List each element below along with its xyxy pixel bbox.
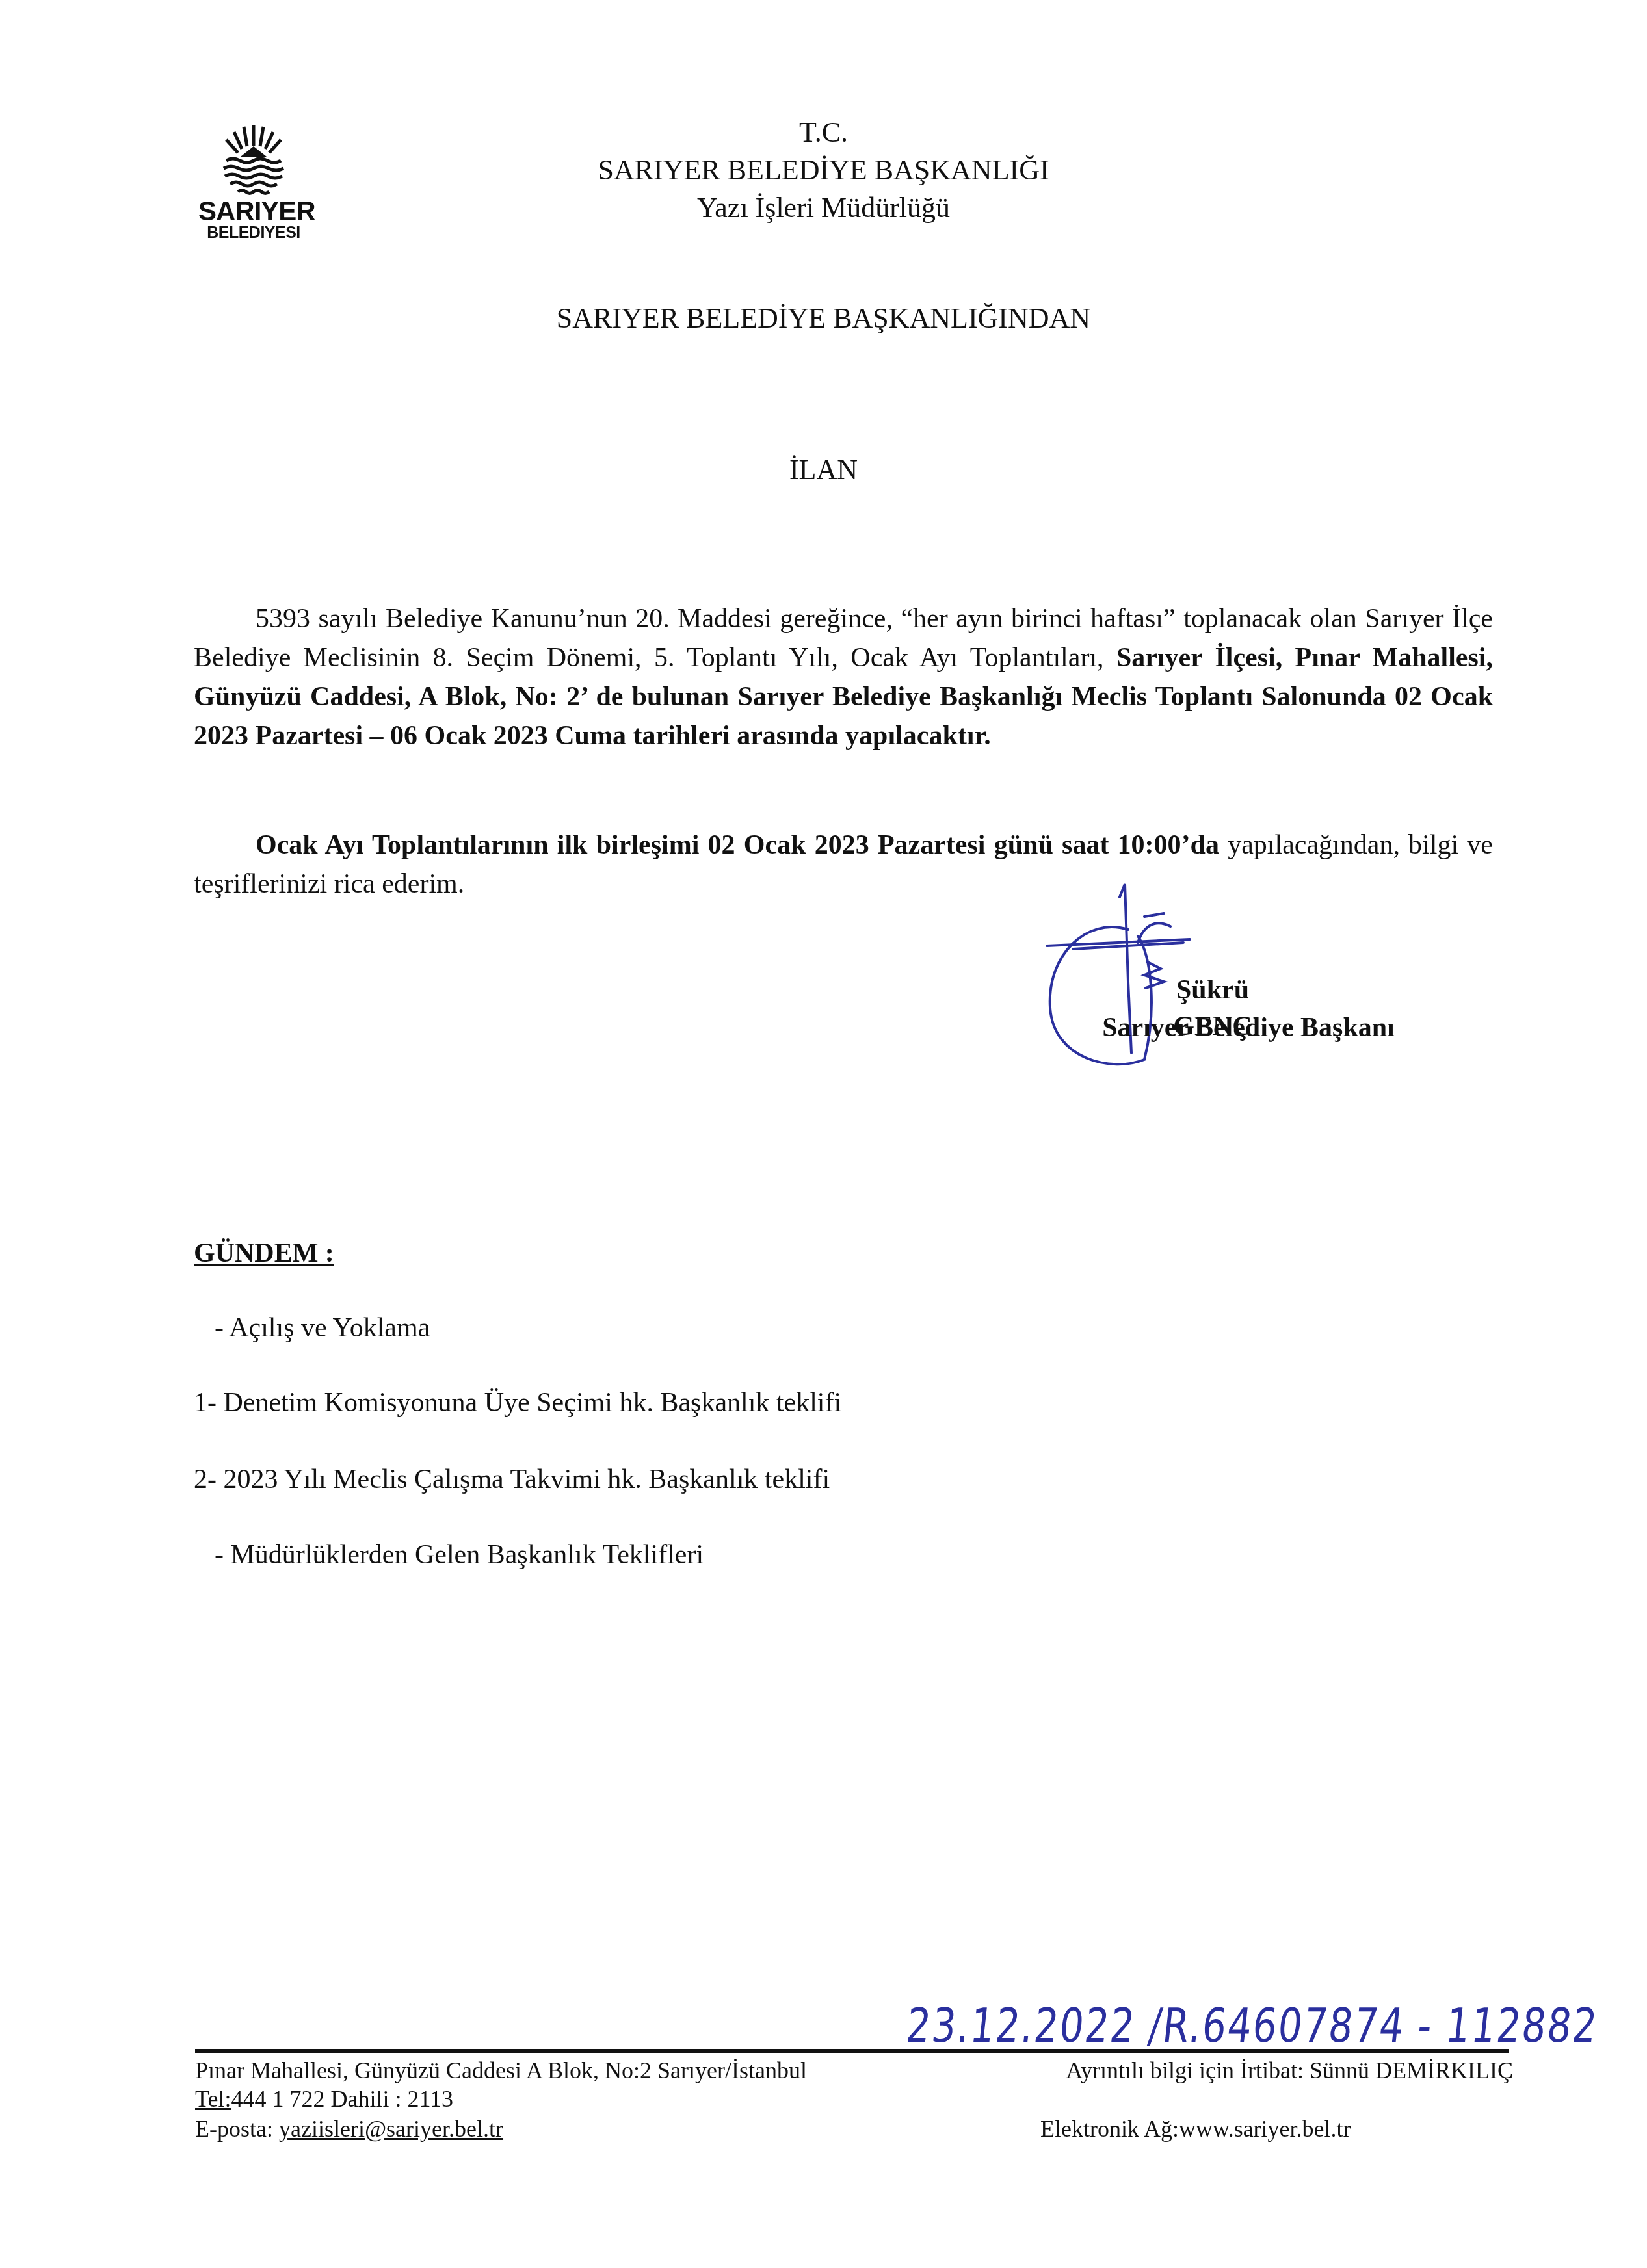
footer-phone: Tel:444 1 722 Dahili : 2113 — [195, 2085, 453, 2113]
agenda-item: 1- Denetim Komisyonuna Üye Seçimi hk. Ba… — [194, 1385, 841, 1421]
footer-email: E-posta: yaziisleri@sariyer.bel.tr — [195, 2115, 503, 2143]
footer-website[interactable]: Elektronik Ağ:www.sariyer.bel.tr — [1040, 2115, 1351, 2143]
header-department: Yazı İşleri Müdürlüğü — [0, 190, 1647, 226]
handwritten-reference: 23.12.2022 /R.64607874 - 112882 — [904, 1998, 1601, 2053]
logo-text-belediyesi: BELEDIYESI — [198, 224, 309, 241]
footer-contact: Ayrıntılı bilgi için İrtibat: Sünnü DEMİ… — [993, 2056, 1513, 2085]
document-title: İLAN — [0, 452, 1647, 488]
issuer-line: SARIYER BELEDİYE BAŞKANLIĞINDAN — [0, 300, 1647, 337]
announcement-paragraph: 5393 sayılı Belediye Kanunu’nun 20. Madd… — [194, 599, 1493, 755]
tel-label: Tel: — [195, 2086, 231, 2112]
first-session-paragraph: Ocak Ayı Toplantılarının ilk birleşimi 0… — [194, 826, 1493, 904]
agenda-item: 2- 2023 Yılı Meclis Çalışma Takvimi hk. … — [194, 1461, 830, 1498]
footer-divider — [195, 2049, 1509, 2053]
header-municipality: SARIYER BELEDİYE BAŞKANLIĞI — [0, 152, 1647, 189]
tel-value: 444 1 722 Dahili : 2113 — [231, 2086, 453, 2112]
agenda-heading: GÜNDEM : — [194, 1235, 334, 1271]
header-tc: T.C. — [0, 114, 1647, 151]
email-link[interactable]: yaziisleri@sariyer.bel.tr — [279, 2116, 503, 2142]
session-bold-text: Ocak Ayı Toplantılarının ilk birleşimi 0… — [256, 830, 1219, 860]
email-label: E-posta: — [195, 2116, 279, 2142]
footer-address: Pınar Mahallesi, Günyüzü Caddesi A Blok,… — [195, 2056, 807, 2085]
agenda-item: - Müdürlüklerden Gelen Başkanlık Teklifl… — [215, 1537, 704, 1573]
agenda-item: - Açılış ve Yoklama — [215, 1310, 430, 1346]
signatory-title: Sarıyer Belediye Başkanı — [1066, 1010, 1430, 1046]
